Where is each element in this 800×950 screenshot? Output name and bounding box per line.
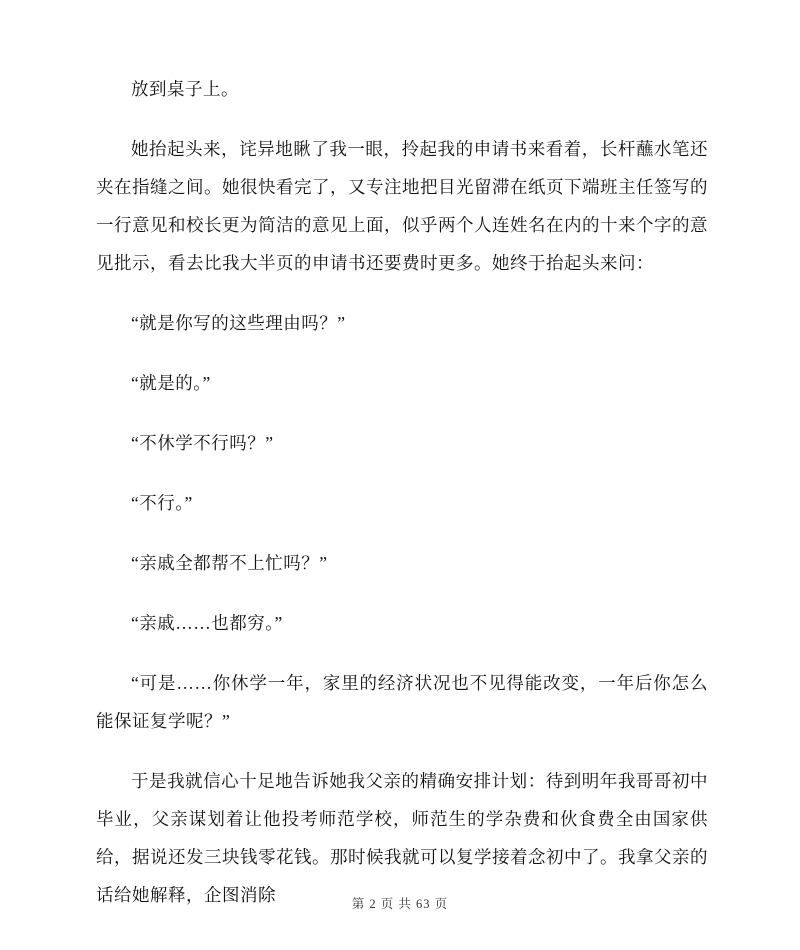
document-page: 放到桌子上。 她抬起头来，诧异地瞅了我一眼，拎起我的申请书来看着，长杆蘸水笔还夹… <box>0 0 800 950</box>
paragraph: 放到桌子上。 <box>96 70 708 108</box>
paragraph-dialogue: “就是的。” <box>96 364 708 402</box>
document-body: 放到桌子上。 她抬起头来，诧异地瞅了我一眼，拎起我的申请书来看着，长杆蘸水笔还夹… <box>96 70 708 936</box>
paragraph: 于是我就信心十足地告诉她我父亲的精确安排计划：待到明年我哥哥初中毕业，父亲谋划着… <box>96 762 708 914</box>
paragraph-dialogue: “亲戚全都帮不上忙吗？” <box>96 544 708 582</box>
paragraph-dialogue: “不休学不行吗？” <box>96 424 708 462</box>
paragraph-dialogue: “不行。” <box>96 484 708 522</box>
page-footer: 第 2 页 共 63 页 <box>0 894 800 912</box>
page-number-label: 第 2 页 共 63 页 <box>352 897 448 911</box>
paragraph: 她抬起头来，诧异地瞅了我一眼，拎起我的申请书来看着，长杆蘸水笔还夹在指缝之间。她… <box>96 130 708 282</box>
paragraph-dialogue: “可是……你休学一年，家里的经济状况也不见得能改变，一年后你怎么能保证复学呢？” <box>96 664 708 740</box>
paragraph-dialogue: “亲戚……也都穷。” <box>96 604 708 642</box>
paragraph-dialogue: “就是你写的这些理由吗？” <box>96 304 708 342</box>
